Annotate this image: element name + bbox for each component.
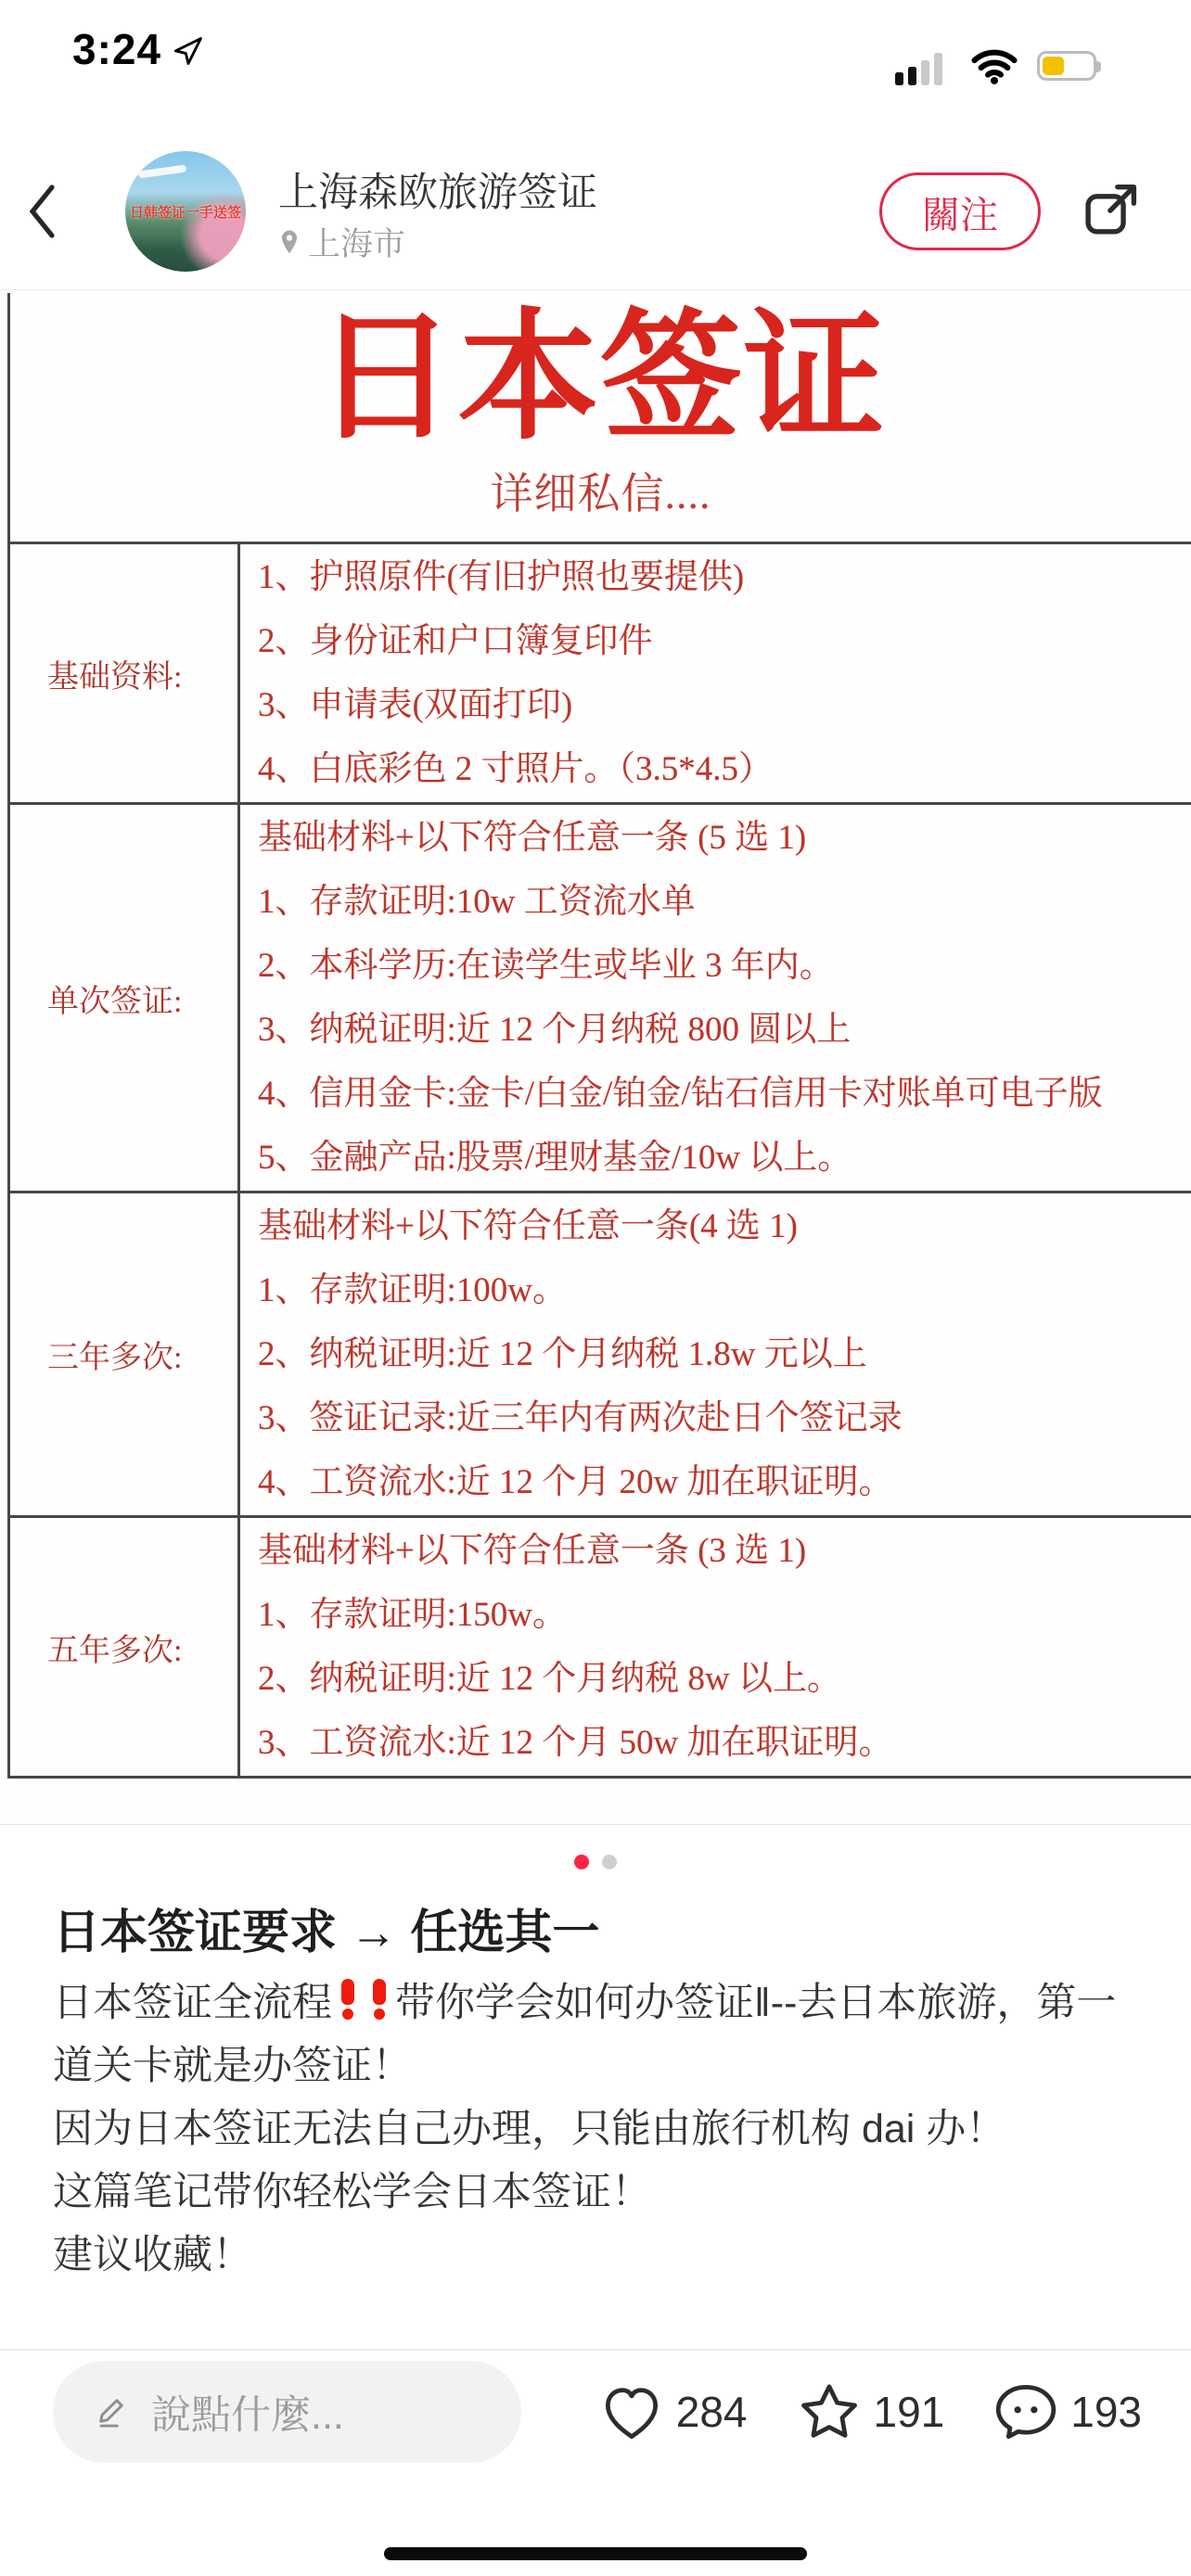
visa-row-items: 基础材料+以下符合任意一条(4 选 1)1、存款证明:100w。2、纳税证明:近… [246,1194,1185,1514]
visa-item: 1、存款证明:10w 工资流水单 [258,870,1185,934]
visa-item: 4、信用金卡:金卡/白金/铂金/钻石信用卡对账单可电子版 [258,1062,1185,1126]
post-title: 日本签证要求 → 任选其一 [53,1894,1138,1962]
heart-icon [596,2377,667,2447]
share-icon[interactable] [1080,178,1143,241]
user-location-label: 上海市 [308,219,405,265]
visa-row-items: 基础材料+以下符合任意一条 (3 选 1)1、存款证明:150w。2、纳税证明:… [246,1519,1185,1775]
visa-table-row: 三年多次:基础材料+以下符合任意一条(4 选 1)1、存款证明:100w。2、纳… [10,1191,1191,1515]
home-indicator[interactable] [384,2547,807,2560]
location-pin-icon [275,227,304,257]
carousel-dots [0,1855,1191,1869]
exclamation-emoji [368,1979,391,2021]
avatar-plane-decoration [138,164,187,178]
comment-input[interactable]: 說點什麼... [53,2361,521,2463]
visa-item: 2、本科学历:在读学生或毕业 3 年内。 [258,934,1185,998]
back-button[interactable] [20,176,65,247]
status-time: 3:24 [72,24,161,74]
visa-table-row: 五年多次:基础材料+以下符合任意一条 (3 选 1)1、存款证明:150w。2、… [10,1515,1191,1776]
post-body: 日本签证全流程带你学会如何办签证‖--去日本旅游，第一道关卡就是办签证！ 因为日… [53,1971,1144,2287]
visa-table-row: 基础资料:1、护照原件(有旧护照也要提供)2、身份证和户口簿复印件3、申请表(双… [10,544,1191,802]
visa-item: 3、工资流水:近 12 个月 50w 加在职证明。 [258,1711,1185,1775]
post-text: 日本签证全流程 [53,1981,332,2025]
carousel-dot [602,1855,617,1869]
post-paragraph: 日本签证全流程带你学会如何办签证‖--去日本旅游，第一道关卡就是办签证！ [53,1971,1144,2098]
visa-row-items: 基础材料+以下符合任意一条 (5 选 1)1、存款证明:10w 工资流水单2、本… [246,806,1185,1190]
post-image-visa-table[interactable]: 日本签证 详细私信.... 基础资料:1、护照原件(有旧护照也要提供)2、身份证… [0,289,1191,1825]
visa-item: 基础材料+以下符合任意一条 (5 选 1) [258,806,1185,870]
battery-icon [1037,51,1096,81]
like-count: 284 [676,2387,748,2437]
engagement-actions: 284 191 193 [596,2361,1142,2463]
like-button[interactable]: 284 [596,2377,748,2447]
visa-item: 1、护照原件(有旧护照也要提供) [258,545,1185,609]
visa-item: 2、身份证和户口簿复印件 [258,609,1185,673]
visa-row-label: 单次签证: [10,805,240,1191]
user-location: 上海市 [275,219,405,265]
visa-item: 2、纳税证明:近 12 个月纳税 8w 以上。 [258,1647,1185,1711]
visa-item: 3、申请表(双面打印) [258,673,1185,737]
post-paragraph: 建议收藏！ [53,2224,1144,2287]
pencil-icon [94,2392,133,2431]
collect-count: 191 [874,2387,945,2437]
screen: 3:24 日韩签证一手送签 上海森欧旅游签证 上海市 關注 日本签 [0,0,1191,2576]
visa-table: 基础资料:1、护照原件(有旧护照也要提供)2、身份证和户口簿复印件3、申请表(双… [7,542,1191,1779]
visa-item: 1、存款证明:150w。 [258,1583,1185,1647]
wifi-icon [970,48,1018,85]
avatar[interactable]: 日韩签证一手送签 [125,151,246,272]
follow-button[interactable]: 關注 [879,172,1041,250]
star-icon [794,2377,864,2447]
visa-row-label: 三年多次: [10,1193,240,1515]
collect-button[interactable]: 191 [794,2377,945,2447]
carousel-dot [574,1855,589,1869]
visa-image-title: 日本签证 [10,293,1191,449]
comment-count: 193 [1070,2387,1142,2437]
comment-bubble-icon [991,2377,1061,2447]
visa-item: 5、金融产品:股票/理财基金/10w 以上。 [258,1126,1185,1190]
visa-image-header: 日本签证 详细私信.... [7,293,1191,542]
visa-item: 3、签证记录:近三年内有两次赴日个签记录 [258,1386,1185,1450]
visa-table-row: 单次签证:基础材料+以下符合任意一条 (5 选 1)1、存款证明:10w 工资流… [10,802,1191,1191]
visa-item: 基础材料+以下符合任意一条(4 选 1) [258,1194,1185,1258]
action-bar-divider [0,2349,1191,2351]
visa-item: 基础材料+以下符合任意一条 (3 选 1) [258,1519,1185,1583]
comment-placeholder: 說點什麼... [151,2384,344,2441]
visa-row-label: 基础资料: [10,544,240,802]
username[interactable]: 上海森欧旅游签证 [278,161,597,218]
post-paragraph: 因为日本签证无法自己办理，只能由旅行机构 dai 办！ [53,2098,1144,2161]
visa-row-label: 五年多次: [10,1518,240,1776]
exclamation-emoji [337,1979,359,2021]
cellular-signal-icon [895,51,942,85]
location-services-icon [171,33,206,69]
avatar-text: 日韩签证一手送签 [130,202,241,222]
visa-image-subtitle: 详细私信.... [10,460,1191,521]
visa-item: 2、纳税证明:近 12 个月纳税 1.8w 元以上 [258,1322,1185,1386]
visa-item: 3、纳税证明:近 12 个月纳税 800 圆以上 [258,998,1185,1062]
visa-item: 4、工资流水:近 12 个月 20w 加在职证明。 [258,1450,1185,1514]
post-paragraph: 这篇笔记带你轻松学会日本签证！ [53,2161,1144,2224]
comment-button[interactable]: 193 [991,2377,1142,2447]
visa-item: 4、白底彩色 2 寸照片。（3.5*4.5） [258,737,1185,801]
visa-item: 1、存款证明:100w。 [258,1258,1185,1322]
status-bar-left: 3:24 [72,24,206,74]
visa-row-items: 1、护照原件(有旧护照也要提供)2、身份证和户口簿复印件3、申请表(双面打印)4… [246,545,1185,801]
